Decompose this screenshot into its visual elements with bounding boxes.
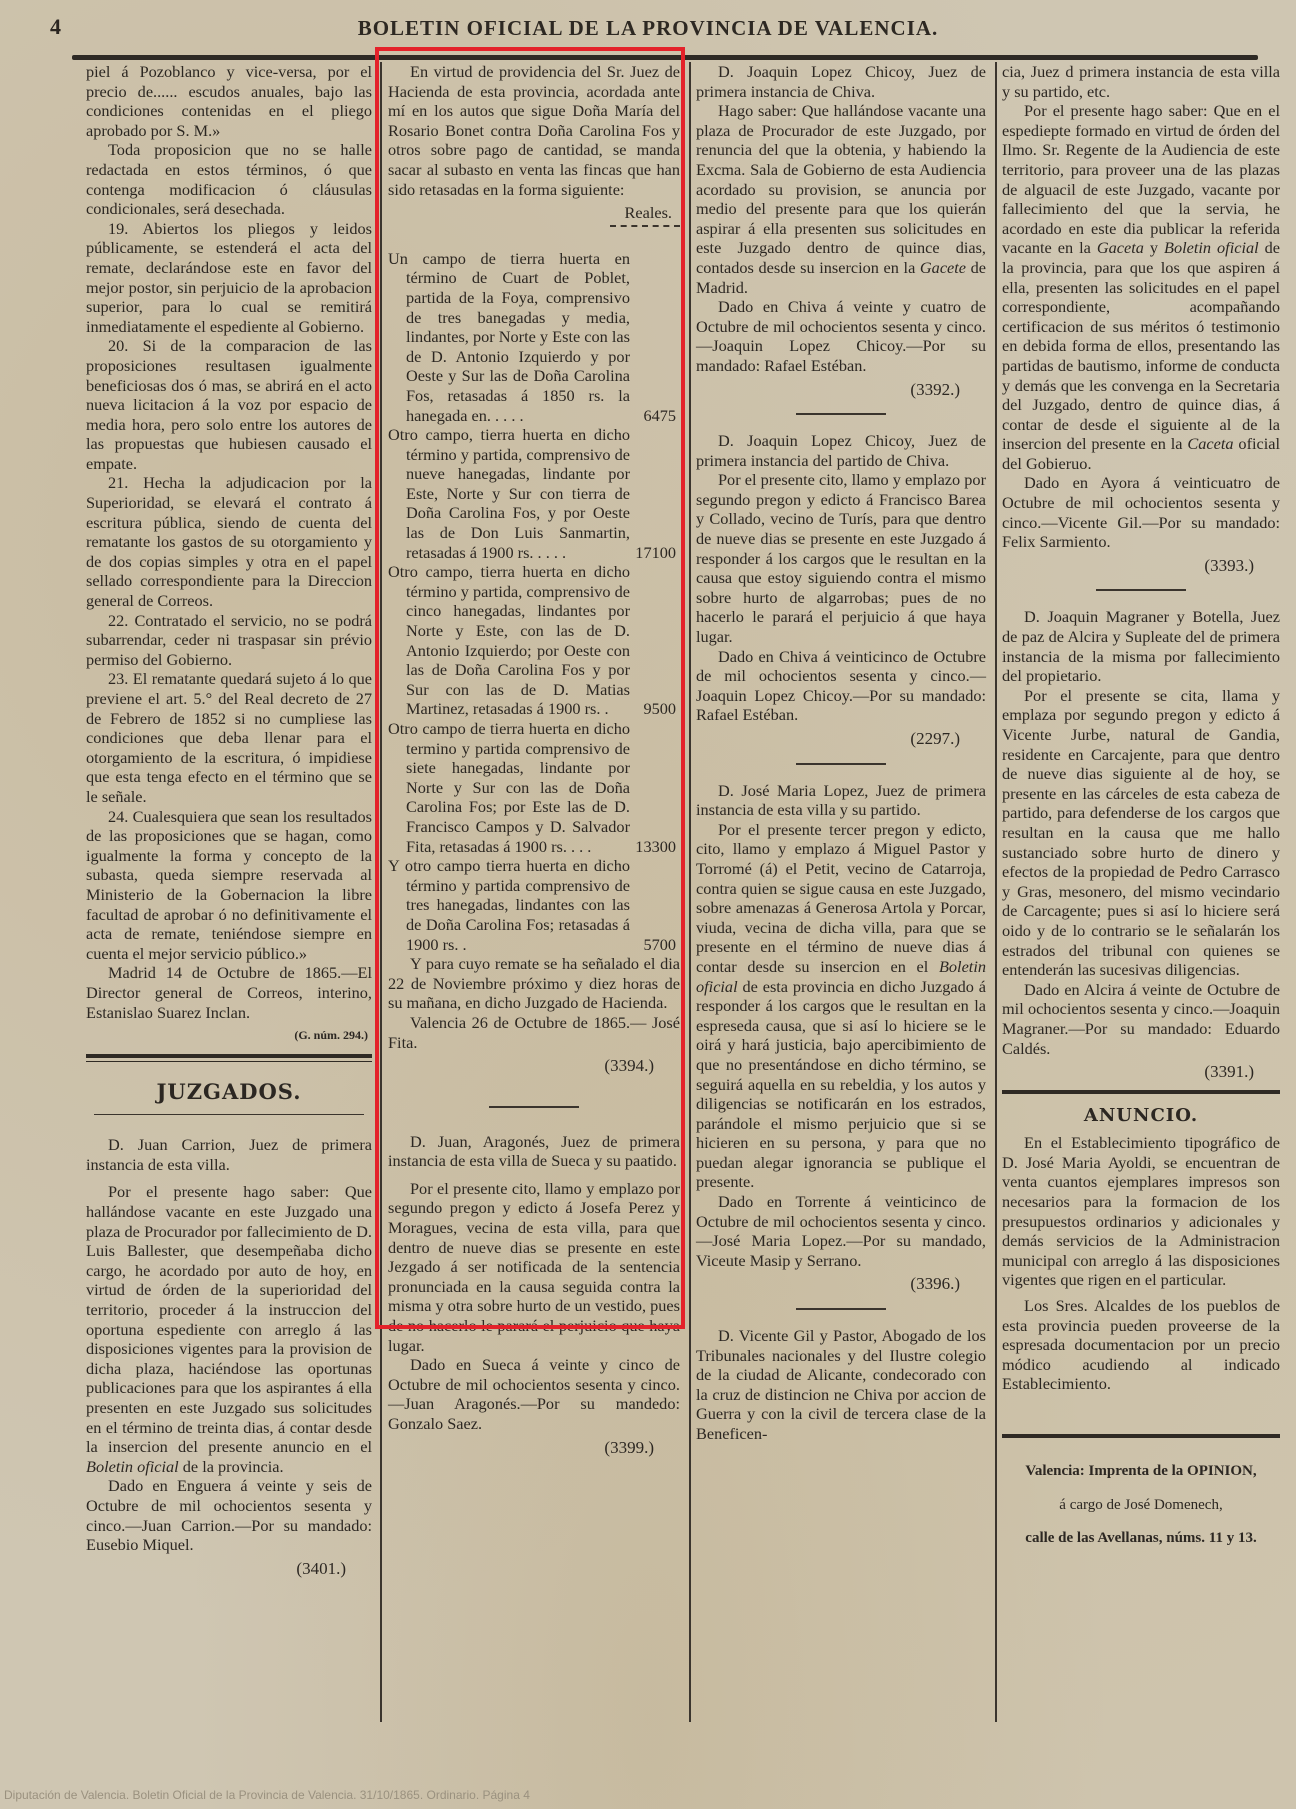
newspaper-page: 4 BOLETIN OFICIAL DE LA PROVINCIA DE VAL… (0, 0, 1296, 1809)
separator-rule (796, 413, 886, 415)
section-rule-thin (86, 1061, 372, 1063)
separator-rule (1096, 589, 1186, 591)
property-item: Otro campo de tierra huerta en dicho ter… (388, 719, 680, 856)
notice-body: Por el presente cito, llamo y emplazo po… (696, 470, 986, 646)
property-value: 9500 (630, 699, 680, 719)
header-rule (72, 55, 1258, 60)
reference-number: (3393.) (1002, 556, 1254, 576)
section-rule (86, 1054, 372, 1058)
notice-closing: Dado en Chiva á veinticinco de Octubre d… (696, 647, 986, 725)
reference-number: (3392.) (696, 380, 960, 400)
anuncio-paragraph: Los Sres. Alcaldes de los pueblos de est… (1002, 1296, 1280, 1394)
separator-rule (489, 1106, 579, 1108)
notice-heading: D. Joaquin Magraner y Botella, Juez de p… (1002, 607, 1280, 685)
notice-closing: Dado en Chiva á veinte y cuatro de Octub… (696, 297, 986, 375)
notice-closing: Dado en Torrente á veinticinco de Octubr… (696, 1192, 986, 1270)
auction-date: Y para cuyo remate se ha señalado el dia… (388, 954, 680, 1013)
column-divider (995, 62, 997, 1722)
reference-number: (3391.) (1002, 1062, 1254, 1082)
notice-heading: D. Joaquin Lopez Chicoy, Juez de primera… (696, 62, 986, 101)
paragraph: 22. Contratado el servicio, no se podrá … (86, 611, 372, 670)
notice-heading: D. Vicente Gil y Pastor, Abogado de los … (696, 1326, 986, 1444)
notice-closing: Dado en Alcira á veinte de Octubre de mi… (1002, 980, 1280, 1058)
notice-body: Por el presente hago saber: Que hallándo… (86, 1182, 372, 1476)
notice-closing: Dado en Ayora á veinticuatro de Octubre … (1002, 473, 1280, 551)
imprint-line: á cargo de José Domenech, (1002, 1496, 1280, 1516)
notice-body: Hago saber: Que hallándose vacante una p… (696, 101, 986, 297)
section-title-anuncio: ANUNCIO. (1002, 1106, 1280, 1126)
notice-body: Por el presente tercer pregon y edicto, … (696, 820, 986, 1192)
notice-heading: D. Joaquin Lopez Chicoy, Juez de primera… (696, 431, 986, 470)
property-value: 13300 (630, 837, 680, 857)
separator-rule (796, 763, 886, 765)
reference-number: (G. núm. 294.) (86, 1026, 368, 1046)
paragraph: 24. Cualesquiera que sean los resultados… (86, 807, 372, 964)
column-divider (380, 62, 382, 1722)
section-rule (1002, 1434, 1280, 1438)
masthead-title: BOLETIN OFICIAL DE LA PROVINCIA DE VALEN… (0, 16, 1296, 41)
notice-heading: D. José Maria Lopez, Juez de primera ins… (696, 781, 986, 820)
column-divider (689, 62, 691, 1722)
notice-closing: Dado en Enguera á veinte y seis de Octub… (86, 1476, 372, 1554)
column-1: piel á Pozoblanco y vice-versa, por el p… (86, 62, 372, 1582)
property-item: Y otro campo tierra huerta en dicho térm… (388, 856, 680, 954)
column-3: D. Joaquin Lopez Chicoy, Juez de primera… (696, 62, 986, 1444)
imprint-line: Valencia: Imprenta de la OPINION, (1002, 1462, 1280, 1482)
property-value: 6475 (630, 406, 680, 426)
paragraph: 19. Abiertos los pliegos y leidos públic… (86, 219, 372, 337)
notice-heading: D. Juan, Aragonés, Juez de primera insta… (388, 1132, 680, 1171)
auction-intro: En virtud de providencia del Sr. Juez de… (388, 62, 680, 199)
value-column-header: Reales. (388, 203, 672, 223)
paragraph: 21. Hecha la adjudicacion por la Superio… (86, 473, 372, 610)
property-item: Otro campo, tierra huerta en dicho térmi… (388, 425, 680, 562)
separator-rule (796, 1308, 886, 1310)
section-rule (1002, 1090, 1280, 1094)
notice-body: Por el presente hago saber: Que en el es… (1002, 101, 1280, 473)
anuncio-paragraph: En el Establecimiento tipográfico de D. … (1002, 1133, 1280, 1290)
reference-number: (3394.) (388, 1056, 654, 1076)
reference-number: (3396.) (696, 1274, 960, 1294)
property-item: Otro campo, tierra huerta en dicho térmi… (388, 562, 680, 719)
property-value: 17100 (630, 543, 680, 563)
paragraph: piel á Pozoblanco y vice-versa, por el p… (86, 62, 372, 140)
imprint-line: calle de las Avellanas, núms. 11 y 13. (1002, 1529, 1280, 1549)
section-title-juzgados: JUZGADOS. (86, 1082, 372, 1102)
property-item: Un campo de tierra huerta en término de … (388, 249, 680, 425)
column-2: En virtud de providencia del Sr. Juez de… (388, 62, 680, 1461)
title-underline (94, 1114, 364, 1116)
paragraph: Toda proposicion que no se halle redacta… (86, 140, 372, 218)
paragraph: 23. El rematante quedará sujeto á lo que… (86, 669, 372, 806)
notice-closing: Dado en Sueca á veinte y cinco de Octubr… (388, 1355, 680, 1433)
source-footer: Diputación de Valencia. Boletin Oficial … (4, 1788, 530, 1802)
dashed-rule (610, 225, 680, 227)
property-value: 5700 (630, 935, 680, 955)
column-4: cia, Juez d primera instancia de esta vi… (1002, 62, 1280, 1563)
reference-number: (3401.) (86, 1559, 346, 1579)
notice-body: Por el presente se cita, llama y emplaza… (1002, 686, 1280, 980)
signature-paragraph: Madrid 14 de Octubre de 1865.—El Directo… (86, 963, 372, 1022)
notice-heading-continued: cia, Juez d primera instancia de esta vi… (1002, 62, 1280, 101)
auction-closing: Valencia 26 de Octubre de 1865.— José Fi… (388, 1013, 680, 1052)
reference-number: (2297.) (696, 729, 960, 749)
notice-body: Por el presente cito, llamo y emplazo po… (388, 1179, 680, 1355)
paragraph: 20. Si de la comparacion de las proposic… (86, 336, 372, 473)
notice-heading: D. Juan Carrion, Juez de primera instanc… (86, 1135, 372, 1174)
reference-number: (3399.) (388, 1438, 654, 1458)
